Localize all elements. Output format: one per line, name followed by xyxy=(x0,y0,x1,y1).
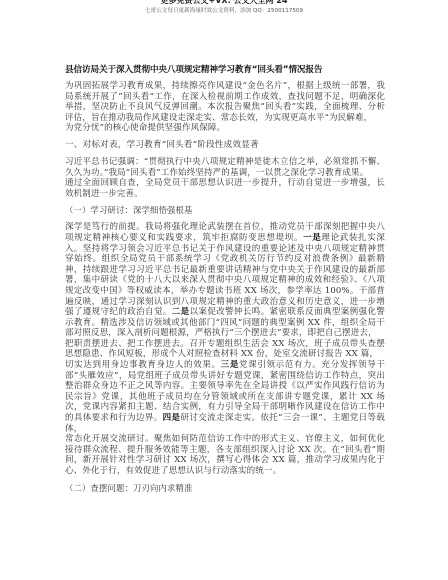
document-title: 县信访局关于深入贯彻中央八项规定精神学习教育“回头看”情况报告 xyxy=(65,64,385,76)
section1-paragraph: 通过全面回顾自查，全局党员干部思想认识进一步提升，行动自觉进一步增强，长效机制进… xyxy=(65,178,385,199)
header-contact-line: 七哥公文每日更新海量时效公文资料，添加 QQ：2500117509 xyxy=(0,7,448,15)
intro-paragraph-cont: 为党分忧”的核心使命提供坚强作风保障。 xyxy=(65,123,385,134)
intro-paragraph: 为巩固拓展学习教育成果，持续擦亮作风建设“金色名片”，根据上级统一部署，我局系统… xyxy=(65,81,385,123)
point-label: 一是 xyxy=(303,233,321,243)
point-label: 二是 xyxy=(172,307,190,317)
header-promo-line: 更多免费公文+VX: 公文大全网 24 xyxy=(0,0,448,6)
subsection1-paragraph: 深学是笃行的前提。我局将强化理论武装摆在首位，推动党员干部深刻把握中央八项规定精… xyxy=(65,222,385,339)
subsection-heading-1: （一）学习研讨：深学细悟强根基 xyxy=(65,205,385,216)
subsection-heading-2: （二）查摆问题：刀刃向内求精准 xyxy=(65,483,385,494)
section1-paragraph: 习近平总书记强调：“贯彻执行中央八项规定精神是徙木立信之举，必须常抓不懈、久久为… xyxy=(65,157,385,178)
section-heading-1: 一、对标对表，学习教育“回头看”阶段性成效显著 xyxy=(65,140,385,151)
subsection1-paragraph: 常态化开展交流研讨。聚焦如何防范信访工作中的形式主义、官僚主义，如何优化接待群众… xyxy=(65,434,385,476)
point-label: 四是 xyxy=(163,413,181,423)
text: 切实达到用身边事教育身边人的效果。 xyxy=(65,360,221,370)
subsection1-paragraph: 把职责摆进去、把工作摆进去。召开专题组织生活会 XX 场次，班子成员带头查摆思想… xyxy=(65,339,385,360)
text: 理论武装扎实深入。坚持将学习领会习近平总书记关于作风建设的重要论述及中央八项规定… xyxy=(65,233,385,317)
subsection1-paragraph: 切实达到用身边事教育身边人的效果。三是党课引领示范有力。充分发挥领导干部“头雁效… xyxy=(65,360,385,434)
point-label: 三是 xyxy=(221,360,239,370)
document-body: 县信访局关于深入贯彻中央八项规定精神学习教育“回头看”情况报告 为巩固拓展学习教… xyxy=(65,64,385,500)
